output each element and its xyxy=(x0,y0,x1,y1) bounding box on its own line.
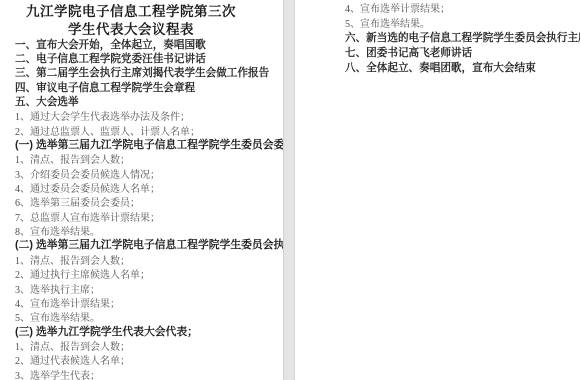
document-title-line-2: 学生代表大会议程表 xyxy=(0,21,262,39)
agenda-item-6: 六、新当选的电子信息工程学院学生委员会执行主席表态发言 xyxy=(345,30,580,45)
agenda-section-3-heading: (三) 选举九江学院学生代表大会代表； xyxy=(15,324,280,338)
page-divider xyxy=(283,0,295,380)
agenda-sub-item: 8、宣布选举结果。 xyxy=(15,223,280,237)
agenda-sub-item: 5、宣布选举结果。 xyxy=(345,15,580,30)
agenda-sub-item: 6、选举第三届委员会委员； xyxy=(15,195,280,209)
agenda-sub-item: 5、宣布选举结果。 xyxy=(15,310,280,324)
agenda-sub-item: 7、总监票人宣布选举计票结果； xyxy=(15,209,280,223)
agenda-sub-item: 1、通过大会学生代表选举办法及条件； xyxy=(15,109,280,123)
page-2-content: 4、宣布选举计票结果； 5、宣布选举结果。 六、新当选的电子信息工程学院学生委员… xyxy=(345,0,580,75)
agenda-item-3: 三、第二届学生会执行主席刘揭代表学生会做工作报告 xyxy=(15,66,280,80)
agenda-sub-item: 4、通过委员会委员候选人名单； xyxy=(15,180,280,194)
document-title: 九江学院电子信息工程学院第三次 学生代表大会议程表 xyxy=(0,3,262,38)
agenda-sub-item: 3、选举执行主席； xyxy=(15,281,280,295)
agenda-sub-item: 4、宣布选举计票结果； xyxy=(345,0,580,15)
agenda-sub-item: 1、清点、报告到会人数； xyxy=(15,252,280,266)
agenda-sub-item: 1、清点、报告到会人数； xyxy=(15,338,280,352)
agenda-sub-item: 4、宣布选举计票结果； xyxy=(15,295,280,309)
agenda-sub-item: 1、清点、报告到会人数； xyxy=(15,152,280,166)
agenda-sub-item: 2、通过代表候选人名单； xyxy=(15,353,280,367)
agenda-item-8: 八、全体起立、奏唱团歌，宣布大会结束 xyxy=(345,60,580,75)
agenda-item-5: 五、大会选举 xyxy=(15,94,280,108)
agenda-sub-item: 3、选举学生代表； xyxy=(15,367,280,380)
agenda-sub-item: 3、介绍委员会委员候选人情况； xyxy=(15,166,280,180)
agenda-item-7: 七、团委书记高飞老师讲话 xyxy=(345,45,580,60)
agenda-section-2-heading: (二) 选举第三届九江学院电子信息工程学院学生委员会执行主席； xyxy=(15,238,280,252)
agenda-sub-item: 2、通过执行主席候选人名单； xyxy=(15,267,280,281)
agenda-item-2: 二、电子信息工程学院党委汪佳书记讲话 xyxy=(15,51,280,65)
agenda-item-1: 一、宣布大会开始，全体起立，奏唱国歌 xyxy=(15,37,280,51)
agenda-item-4: 四、审议电子信息工程学院学生会章程 xyxy=(15,80,280,94)
document-page-1: 九江学院电子信息工程学院第三次 学生代表大会议程表 一、宣布大会开始，全体起立，… xyxy=(0,0,283,380)
document-page-2: 4、宣布选举计票结果； 5、宣布选举结果。 六、新当选的电子信息工程学院学生委员… xyxy=(295,0,580,380)
document-title-line-1: 九江学院电子信息工程学院第三次 xyxy=(0,3,262,21)
agenda-sub-item: 2、通过总监票人、监票人、计票人名单； xyxy=(15,123,280,137)
agenda-section-1-heading: (一) 选举第三届九江学院电子信息工程学院学生委员会委员； xyxy=(15,137,280,151)
page-1-content: 一、宣布大会开始，全体起立，奏唱国歌 二、电子信息工程学院党委汪佳书记讲话 三、… xyxy=(15,37,280,380)
